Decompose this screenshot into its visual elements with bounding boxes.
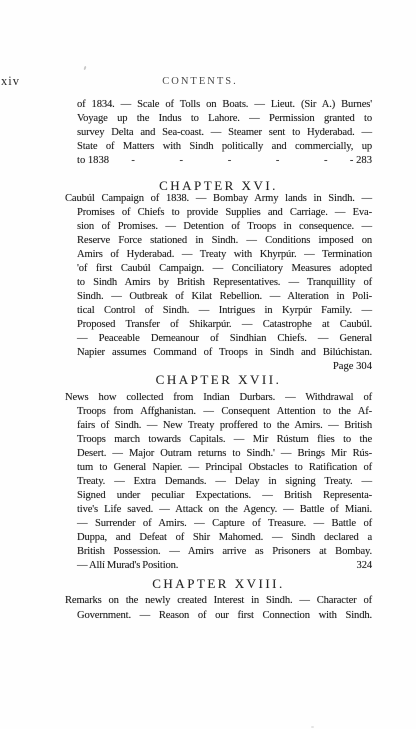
toc-line: Proposed Transfer of Shikarpúr. — Catast… xyxy=(65,318,372,332)
running-head: xiv CONTENTS. xyxy=(0,74,416,88)
toc-line: British Possession. — Amirs arrive as Pr… xyxy=(65,545,372,559)
toc-entry-chapter-18: Remarks on the newly created Interest in… xyxy=(65,594,372,623)
toc-line: of 1834. — Scale of Tolls on Boats. — Li… xyxy=(65,98,372,112)
toc-entry-chapter-16: Caubúl Campaign of 1838. — Bombay Army l… xyxy=(65,192,372,360)
toc-line: Voyage up the Indus to Lahore. — Permiss… xyxy=(65,112,372,126)
toc-line: Troops march towards Capitals. — Mir Rús… xyxy=(65,433,372,447)
toc-line: Duppa, and Defeat of Shir Mahomed. — Sin… xyxy=(65,531,372,545)
chapter-16-heading: CHAPTER XVI. xyxy=(65,179,372,193)
toc-line: Desert. — Major Outram returns to Sindh.… xyxy=(65,447,372,461)
toc-line: Signed under peculiar Expectations. — Br… xyxy=(65,489,372,503)
toc-line: survey Delta and Sea-coast. — Steamer se… xyxy=(65,126,372,140)
book-contents-page: xiv CONTENTS. of 1834. — Scale of Tolls … xyxy=(0,0,416,729)
chapter-18-heading: CHAPTER XVIII. xyxy=(65,577,372,591)
split-row: — Allí Murad's Position. 324 xyxy=(65,559,372,573)
toc-entry-continuation: of 1834. — Scale of Tolls on Boats. — Li… xyxy=(65,98,372,154)
toc-line: News how collected from Indian Durbars. … xyxy=(65,391,372,405)
toc-line: — Surrender of Amirs. — Capture of Treas… xyxy=(65,517,372,531)
toc-line: sion of Promises. — Detention of Troops … xyxy=(65,220,372,234)
toc-line: Treaty. — Extra Demands. — Delay in sign… xyxy=(65,475,372,489)
toc-line: Reserve Force stationed in Sindh. — Cond… xyxy=(65,234,372,248)
scan-artifact xyxy=(311,726,314,728)
toc-line: tical Control of Sindh. — Intrigues in K… xyxy=(65,304,372,318)
leader-dash: - xyxy=(180,154,184,168)
toc-entry-chapter-17: News how collected from Indian Durbars. … xyxy=(65,391,372,559)
toc-line: Government. — Reason of our first Connec… xyxy=(65,609,372,624)
toc-line: tive's Life saved. — Attack on the Agenc… xyxy=(65,503,372,517)
chapter-17-last-line-row: — Allí Murad's Position. 324 xyxy=(65,559,372,573)
leader-dash: - xyxy=(324,154,328,168)
toc-line: 'of first Caubúl Campaign. — Conciliator… xyxy=(65,262,372,276)
running-title: CONTENTS. xyxy=(0,76,408,87)
chapter-17-heading: CHAPTER XVII. xyxy=(65,373,372,387)
toc-line: Remarks on the newly created Interest in… xyxy=(65,594,372,609)
toc-line: to Sindh Amirs by British Representative… xyxy=(65,276,372,290)
chapter-17-last-line: — Allí Murad's Position. xyxy=(77,559,178,573)
toc-leader-line: to 1838 ----- - 283 xyxy=(65,154,372,168)
chapter-17-page-ref: 324 xyxy=(357,559,372,573)
toc-line: tum to General Napier. — Principal Obsta… xyxy=(65,461,372,475)
toc-line: Sindh. — Outbreak of Kilat Rebellion. — … xyxy=(65,290,372,304)
leader-dash: - xyxy=(276,154,280,168)
leader-dash: - xyxy=(228,154,232,168)
toc-line: Promises of Chiefs to provide Supplies a… xyxy=(65,206,372,220)
toc-line: Napier assumes Command of Troops in Sind… xyxy=(65,346,372,360)
toc-line: Caubúl Campaign of 1838. — Bombay Army l… xyxy=(65,192,372,206)
toc-line: Troops from Affghanistan. — Consequent A… xyxy=(65,405,372,419)
leader-page-ref: - 283 xyxy=(350,154,372,168)
toc-line: State of Matters with Sindh politically … xyxy=(65,140,372,154)
leader-row: to 1838 ----- - 283 xyxy=(65,154,372,168)
toc-line: Amirs of Hyderabad. — Treaty with Khyrpú… xyxy=(65,248,372,262)
toc-line: fairs of Sindh. — New Treaty proffered t… xyxy=(65,419,372,433)
toc-line: — Peaceable Demeanour of Sindhian Chiefs… xyxy=(65,332,372,346)
leader-text: to 1838 xyxy=(77,154,109,168)
leader-dashes: ----- xyxy=(109,154,350,168)
scan-artifact xyxy=(83,66,86,70)
leader-dash: - xyxy=(131,154,135,168)
